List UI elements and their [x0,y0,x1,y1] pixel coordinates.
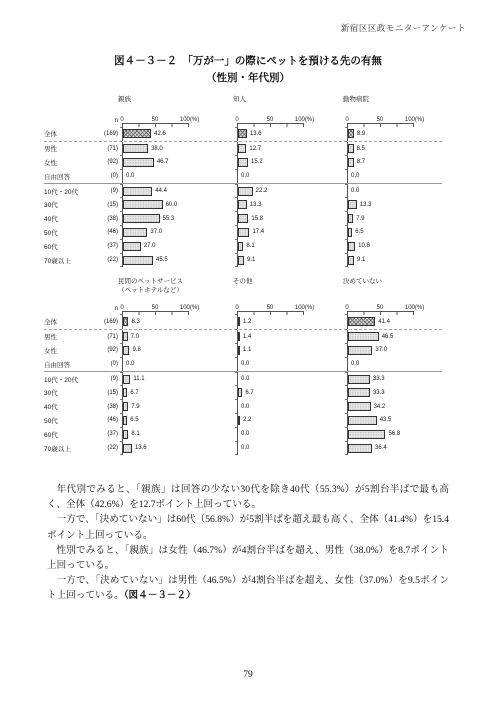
bar-value: 0.0 [126,361,134,367]
chart-title-cell: 決めていない [347,277,442,286]
plot-cell: 34.2 [347,400,442,414]
bar [123,416,127,425]
bar-value: 7.9 [356,216,364,222]
bar [348,200,357,209]
row-label: 60代 [44,427,96,441]
bar [348,444,372,453]
figure-row: 女性(92)9.81.137.0 [44,344,442,358]
bar [123,214,160,223]
bar-value: 7.0 [131,334,139,340]
bar-value: 46.5 [382,334,394,340]
bar [123,228,147,237]
plot-cell: 0.0 [347,184,442,198]
bar [348,416,377,425]
bar [238,158,248,167]
bar [348,332,379,341]
row-label: 全体 [44,127,96,141]
n-value: (92) [96,156,122,170]
bar-value: 0.0 [351,173,359,179]
bar-value: 8.1 [131,431,139,437]
document-page: 新宿区区政モニターアンケート 図４－３－２ 「万が一」の際にペットを預ける先の有… [0,0,496,702]
bar [123,402,128,411]
figure-row: 女性(92)46.715.28.7 [44,156,442,170]
bar [123,444,132,453]
plot-cell: 0.0 [237,169,347,183]
bar [123,256,153,265]
axis-cell: 050100(%) [347,115,442,127]
header-text: 新宿区区政モニターアンケート [341,23,466,33]
bar-value: 55.3 [163,216,175,222]
figure-row: 全体(169)8.31.241.4 [44,315,442,330]
figure-row: 70歳以上(22)45.59.19.1 [44,253,442,267]
chart-title: 決めていない [343,277,382,286]
plot-cell: 56.8 [347,427,442,441]
body-paragraph: 一方で、「決めていない」は男性（46.5%）が4割台半ばを超え、女性（37.0%… [47,573,449,603]
chart-title-line: 知人 [233,95,246,104]
plot-cell: 13.3 [237,198,347,212]
plot-cell: 9.8 [122,344,237,358]
bar-value: 0.0 [241,445,249,451]
bar-value: 22.2 [256,188,268,194]
bar [238,200,247,209]
figure-row: 全体(169)42.613.68.9 [44,127,442,142]
figure-row: 自由回答(0)0.00.00.0 [44,169,442,184]
plot-cell: 6.7 [237,386,347,400]
bar [348,317,375,326]
plot-cell: 44.4 [122,184,237,198]
bar-value: 6.5 [130,417,138,423]
bar [123,144,148,153]
bar-value: 0.0 [126,173,134,179]
figure-title-line1: 図４－３－２ 「万が一」の際にペットを預ける先の有無 [0,53,496,70]
figure-row: 男性(71)7.01.446.5 [44,330,442,344]
row-label: 60代 [44,239,96,253]
bar-value: 33.3 [373,376,385,382]
plot-cell: 11.1 [122,372,237,386]
plot-cell: 37.0 [347,344,442,358]
chart-title-cell: 民間のペットサービス（ペットホテルなど） [122,277,237,295]
bar [238,129,247,138]
plot-cell: 60.0 [122,198,237,212]
bar-value: 42.6 [154,131,166,137]
bar [238,416,240,425]
spacer [44,303,96,315]
bar-value: 10.8 [358,243,370,249]
bar-value: 15.8 [251,216,263,222]
n-value: (22) [96,441,122,455]
row-label: 70歳以上 [44,441,96,455]
n-value: (38) [96,400,122,414]
row-label: 70歳以上 [44,253,96,267]
plot-cell: 38.0 [122,142,237,156]
plot-cell: 0.0 [237,427,347,441]
axis-row: n050100(%)050100(%)050100(%) [44,303,442,315]
chart-title-line: 親族 [118,95,131,104]
axis-cell: 050100(%) [237,303,347,315]
figure-row: 60代(37)8.10.056.8 [44,427,442,441]
n-column-header: n [96,115,122,127]
bar [238,332,240,341]
figure-row: 30代(15)6.76.733.3 [44,386,442,400]
n-value: (0) [96,169,122,183]
chart-title-cell: 親族 [122,95,237,104]
chart-title-cell: その他 [237,277,347,286]
bar-value: 0.0 [241,376,249,382]
n-value: (37) [96,239,122,253]
bar [348,129,354,138]
plot-cell: 45.5 [122,253,237,267]
plot-cell: 0.0 [237,400,347,414]
bar [123,332,128,341]
figure-row: 40代(38)55.315.87.9 [44,212,442,226]
n-value: (92) [96,344,122,358]
plot-cell: 1.2 [237,315,347,329]
row-label: 女性 [44,156,96,170]
plot-cell: 6.5 [122,414,237,428]
plot-cell: 8.1 [122,427,237,441]
bar [348,214,353,223]
bar [348,388,370,397]
plot-cell: 9.1 [347,253,442,267]
bar-value: 44.4 [155,188,167,194]
figure-row: 70歳以上(22)13.60.036.4 [44,441,442,455]
bar-value: 8.1 [246,243,254,249]
plot-cell: 8.5 [347,142,442,156]
chart-title: 動物病院 [343,95,369,104]
chart-title: 民間のペットサービス（ペットホテルなど） [118,277,183,295]
row-label: 50代 [44,414,96,428]
chart-title: 親族 [118,95,131,104]
plot-cell: 13.3 [347,198,442,212]
bar-value: 46.7 [157,159,169,165]
row-label: 自由回答 [44,357,96,371]
chart-title-line: その他 [233,277,253,286]
chart-title-line: （ペットホテルなど） [118,286,183,295]
bar-value: 13.3 [360,202,372,208]
bar [123,375,130,384]
figure-title: 図４－３－２ 「万が一」の際にペットを預ける先の有無 （性別・年代別） [0,53,496,87]
plot-cell: 10.8 [347,239,442,253]
plot-cell: 0.0 [122,357,237,371]
bar-value: 56.8 [388,431,400,437]
bar-value: 37.0 [375,347,387,353]
paragraph-text: 一方で、「決めていない」は60代（56.8%）が5割半ばを超え最も高く、全体（4… [47,514,449,540]
bar-value: 15.2 [251,159,263,165]
row-label: 50代 [44,226,96,240]
bar-value: 38.0 [151,146,163,152]
row-label: 10代・20代 [44,184,96,198]
plot-cell: 46.7 [122,156,237,170]
page-header: 新宿区区政モニターアンケート [0,0,496,34]
bar-value: 2.2 [243,417,251,423]
plot-cell: 13.6 [122,441,237,455]
figure-reference: （図４－３－２） [124,590,196,601]
bar [238,388,242,397]
row-label: 男性 [44,142,96,156]
figure-row: 10代・20代(9)11.10.033.3 [44,372,442,386]
bar [348,402,371,411]
bar [123,158,154,167]
bar-value: 60.0 [166,202,178,208]
plot-cell: 7.9 [347,212,442,226]
figure-row: 40代(38)7.90.034.2 [44,400,442,414]
plot-cell: 27.0 [122,239,237,253]
bar-value: 13.6 [135,445,147,451]
bar [123,242,141,251]
bar [238,144,246,153]
bar [238,228,249,237]
plot-cell: 13.6 [237,127,347,141]
figure-title-line2: （性別・年代別） [0,70,496,87]
bar-value: 1.2 [243,319,251,325]
n-value: (38) [96,212,122,226]
bar-value: 13.3 [250,202,262,208]
bar-value: 41.4 [378,319,390,325]
bar [238,187,253,196]
plot-cell: 55.3 [122,212,237,226]
plot-cell: 15.2 [237,156,347,170]
bar-value: 0.0 [241,361,249,367]
figure-row: 10代・20代(9)44.422.20.0 [44,184,442,198]
chart-title-line: 民間のペットサービス [118,277,183,286]
bar-value: 8.9 [357,131,365,137]
row-label: 全体 [44,315,96,329]
bar-value: 11.1 [133,376,144,382]
bar-value: 27.0 [144,243,156,249]
plot-cell: 17.4 [237,226,347,240]
bar-value: 37.0 [150,229,162,235]
figure-row: 50代(46)6.52.243.5 [44,414,442,428]
bar-value: 8.3 [131,319,139,325]
plot-cell: 46.5 [347,330,442,344]
bar [123,317,128,326]
bar [238,346,240,355]
plot-cell: 0.0 [122,169,237,183]
bar [348,375,370,384]
plot-cell: 36.4 [347,441,442,455]
bar-value: 8.7 [357,159,365,165]
plot-cell: 6.5 [347,226,442,240]
plot-cell: 0.0 [237,372,347,386]
n-value: (22) [96,253,122,267]
plot-cell: 7.0 [122,330,237,344]
plot-cell: 1.4 [237,330,347,344]
row-label: 10代・20代 [44,372,96,386]
plot-cell: 43.5 [347,414,442,428]
page-number: 79 [0,670,496,680]
bar-value: 6.5 [355,229,363,235]
bar-value: 0.0 [241,431,249,437]
n-value: (71) [96,330,122,344]
bar-value: 0.0 [241,404,249,410]
plot-cell: 33.3 [347,372,442,386]
plot-cell: 9.1 [237,253,347,267]
bar [238,317,240,326]
axis-cell: 050100(%) [122,115,237,127]
bar-value: 9.8 [132,347,140,353]
body-paragraph: 年代別でみると、「親族」は回答の少ない30代を除き40代（55.3%）が5割台半… [47,482,449,512]
bar-value: 36.4 [375,445,387,451]
chart-title-line: 動物病院 [343,95,369,104]
plot-cell: 33.3 [347,386,442,400]
bar [123,129,151,138]
bar-value: 0.0 [351,361,359,367]
n-value: (46) [96,414,122,428]
bar [123,187,152,196]
paragraph-text: 一方で、「決めていない」は男性（46.5%）が4割台半ばを超え、女性（37.0%… [47,575,449,601]
bar-value: 6.7 [130,390,138,396]
body-paragraph: 性別でみると、「親族」は女性（46.7%）が4割台半ばを超え、男性（38.0%）… [47,543,449,573]
bar-value: 1.1 [243,347,251,353]
plot-cell: 12.7 [237,142,347,156]
bar-value: 8.5 [357,146,365,152]
spacer [44,115,96,127]
bar [123,346,129,355]
figure-4-3-2: 親族知人動物病院n050100(%)050100(%)050100(%)全体(1… [44,95,442,455]
bar [348,256,354,265]
plot-cell: 15.8 [237,212,347,226]
bar [238,214,248,223]
chart-grid-bottom: 民間のペットサービス（ペットホテルなど）その他決めていないn050100(%)0… [44,277,442,455]
bar [123,388,127,397]
plot-cell: 7.9 [122,400,237,414]
paragraph-text: 性別でみると、「親族」は女性（46.7%）が4割台半ばを超え、男性（38.0%）… [47,545,449,571]
body-text: 年代別でみると、「親族」は回答の少ない30代を除き40代（55.3%）が5割台半… [47,482,449,604]
row-label: 男性 [44,330,96,344]
figure-row: 男性(71)38.012.78.5 [44,142,442,156]
bar-value: 17.4 [252,229,264,235]
bar [348,228,352,237]
paragraph-text: 年代別でみると、「親族」は回答の少ない30代を除き40代（55.3%）が5割台半… [47,484,449,510]
chart-title-line: 決めていない [343,277,382,286]
bar-value: 7.9 [131,404,139,410]
chart-title-cell: 知人 [237,95,347,104]
bar-value: 9.1 [247,257,255,263]
plot-cell: 1.1 [237,344,347,358]
plot-cell: 0.0 [347,357,442,371]
plot-cell: 22.2 [237,184,347,198]
row-label: 30代 [44,386,96,400]
plot-cell: 0.0 [237,357,347,371]
plot-cell: 0.0 [347,169,442,183]
chart-title-cell: 動物病院 [347,95,442,104]
bar-value: 45.5 [156,257,168,263]
figure-row: 30代(15)60.013.313.3 [44,198,442,212]
row-label: 自由回答 [44,169,96,183]
n-value: (46) [96,226,122,240]
bar-value: 34.2 [374,404,386,410]
n-value: (15) [96,198,122,212]
bar-value: 13.6 [250,131,262,137]
n-value: (169) [96,127,122,141]
axis-cell: 050100(%) [122,303,237,315]
chart-title: その他 [233,277,253,286]
n-value: (15) [96,386,122,400]
body-paragraph: 一方で、「決めていない」は60代（56.8%）が5割半ばを超え最も高く、全体（4… [47,512,449,542]
plot-cell: 8.3 [122,315,237,329]
n-value: (0) [96,357,122,371]
n-value: (37) [96,427,122,441]
n-value: (9) [96,184,122,198]
bar [123,200,163,209]
row-label: 40代 [44,400,96,414]
bar-value: 0.0 [351,188,359,194]
plot-cell: 42.6 [122,127,237,141]
bar [238,242,243,251]
axis-row: n050100(%)050100(%)050100(%) [44,115,442,127]
bar [348,158,354,167]
n-value: (71) [96,142,122,156]
bar [348,144,354,153]
bar [238,256,244,265]
n-column-header: n [96,303,122,315]
row-label: 40代 [44,212,96,226]
axis-cell: 050100(%) [347,303,442,315]
bar [348,346,372,355]
bar-value: 6.7 [245,390,253,396]
bar-value: 0.0 [241,173,249,179]
figure-row: 自由回答(0)0.00.00.0 [44,357,442,372]
chart-grid-top: 親族知人動物病院n050100(%)050100(%)050100(%)全体(1… [44,95,442,267]
plot-cell: 6.7 [122,386,237,400]
figure-row: 50代(46)37.017.46.5 [44,226,442,240]
figure-row: 60代(37)27.08.110.8 [44,239,442,253]
plot-cell: 8.1 [237,239,347,253]
bar [123,430,128,439]
bar-value: 1.4 [243,334,251,340]
chart-title-row: 民間のペットサービス（ペットホテルなど）その他決めていない [44,277,442,303]
plot-cell: 0.0 [237,441,347,455]
plot-cell: 37.0 [122,226,237,240]
bar [348,430,385,439]
bar-value: 9.1 [357,257,365,263]
row-label: 女性 [44,344,96,358]
plot-cell: 41.4 [347,315,442,329]
chart-title-row: 親族知人動物病院 [44,95,442,115]
bar-value: 43.5 [380,417,392,423]
plot-cell: 2.2 [237,414,347,428]
axis-cell: 050100(%) [237,115,347,127]
plot-cell: 8.7 [347,156,442,170]
row-label: 30代 [44,198,96,212]
bar-value: 12.7 [249,146,261,152]
bar [348,242,355,251]
plot-cell: 8.9 [347,127,442,141]
chart-title: 知人 [233,95,246,104]
bar-value: 33.3 [373,390,385,396]
n-value: (169) [96,315,122,329]
n-value: (9) [96,372,122,386]
